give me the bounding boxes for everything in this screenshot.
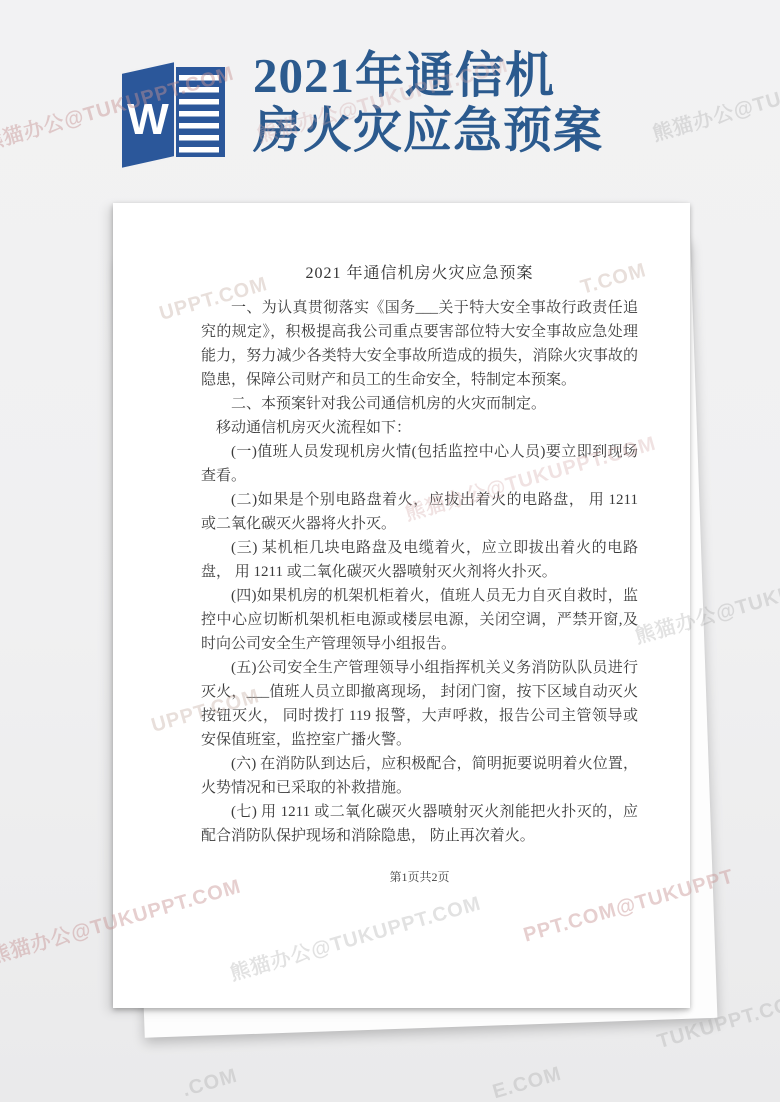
page-title-line2: 房火灾应急预案 (253, 103, 723, 158)
watermark: .COM (180, 1065, 240, 1102)
doc-paragraph: 二、本预案针对我公司通信机房的火灾而制定。 (201, 392, 638, 416)
page-number: 第1页共2页 (201, 868, 638, 885)
document-body: 一、为认真贯彻落实《国务___关于特大安全事故行政责任追究的规定》，积极提高我公… (201, 296, 638, 848)
word-icon: W (113, 57, 233, 172)
header: W 2021年通信机 房火灾应急预案 (0, 0, 780, 200)
doc-paragraph: (一)值班人员发现机房火情(包括监控中心人员)要立即到现场查看。 (201, 440, 638, 488)
word-icon-svg: W (113, 57, 233, 172)
document-sheet: 2021 年通信机房火灾应急预案 一、为认真贯彻落实《国务___关于特大安全事故… (113, 203, 690, 1008)
doc-paragraph: (七) 用 1211 或二氧化碳灭火器喷射灭火剂能把火扑灭的，应配合消防队保护现… (201, 800, 638, 848)
doc-paragraph: (二)如果是个别电路盘着火，应拔出着火的电路盘， 用 1211 或二氧化碳灭火器… (201, 488, 638, 536)
page-title: 2021年通信机 房火灾应急预案 (253, 48, 723, 158)
document-content: 2021 年通信机房火灾应急预案 一、为认真贯彻落实《国务___关于特大安全事故… (113, 203, 690, 1008)
doc-paragraph: 一、为认真贯彻落实《国务___关于特大安全事故行政责任追究的规定》，积极提高我公… (201, 296, 638, 392)
watermark: E.COM (490, 1063, 564, 1102)
doc-paragraph: (五)公司安全生产管理领导小组指挥机关义务消防队队员进行灭火，___值班人员立即… (201, 656, 638, 752)
doc-paragraph: (三) 某机柜几块电路盘及电缆着火，应立即拔出着火的电路盘， 用 1211 或二… (201, 536, 638, 584)
svg-text:W: W (127, 95, 169, 144)
doc-paragraph: 移动通信机房灭火流程如下： (201, 416, 638, 440)
doc-paragraph: (四)如果机房的机架机柜着火，值班人员无力自灭自救时，监控中心应切断机架机柜电源… (201, 584, 638, 656)
page-canvas: W 2021年通信机 房火灾应急预案 2021 年通信机房火灾应急预案 一、为认… (0, 0, 780, 1102)
page-title-line1: 2021年通信机 (253, 48, 723, 103)
doc-paragraph: (六) 在消防队到达后，应积极配合，简明扼要说明着火位置，火势情况和已采取的补救… (201, 752, 638, 800)
document-title: 2021 年通信机房火灾应急预案 (201, 261, 638, 287)
